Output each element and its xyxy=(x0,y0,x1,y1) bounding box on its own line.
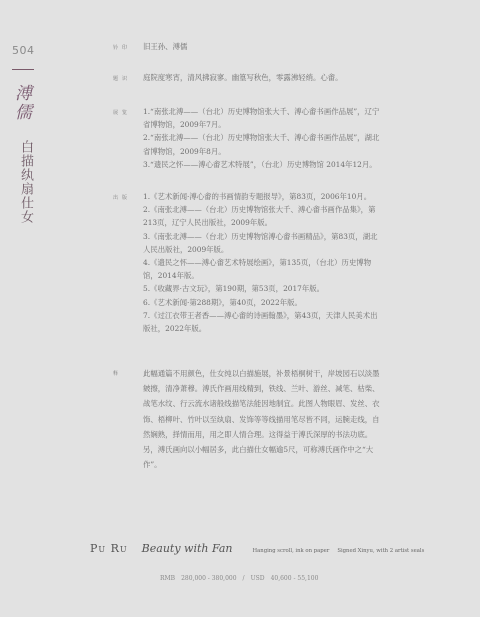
page-number: 504 xyxy=(12,44,35,57)
exhibition-item: 3.“遗民之怀——溥心畬艺术特展”，（台北）历史博物馆 2014年12月。 xyxy=(143,158,383,171)
rmb-label: RMB xyxy=(160,575,175,582)
exhibition-item: 1.“南张北溥——（台北）历史博物馆张大千、溥心畬书画作品展”，辽宁省博物馆，2… xyxy=(143,105,383,131)
publication-item: 7.《过江衣带王者香——溥心畬的诗画翰墨》，第43页，天津人民美术出版社，202… xyxy=(143,309,383,335)
publication-item: 5.《收藏界·古文玩》，第190期，第53页，2017年版。 xyxy=(143,282,383,295)
publication-item: 2.《南张北溥——（台北）历史博物馆张大千、溥心畬书画作品集》，第213页，辽宁… xyxy=(143,203,383,229)
seals-section: 钤印 旧王孙、溥儒 xyxy=(113,40,383,57)
publications-list: 1.《艺术新闻·溥心畬的书画情韵专题报导》，第83页，2006年10月。 2.《… xyxy=(143,190,383,335)
vertical-title: 白描纨扇仕女 xyxy=(17,140,33,224)
artist-name: Pu Ru xyxy=(90,542,128,555)
publication-item: 3.《南张北溥——（台北）历史博物馆溥心畬书画精品》，第83页，湖北人民出版社，… xyxy=(143,230,383,256)
exhibitions-list: 1.“南张北溥——（台北）历史博物馆张大千、溥心畬书画作品展”，辽宁省博物馆，2… xyxy=(143,105,383,171)
inscription-text: 庭院度寒宵，清风拂寂寥。幽篁写秋色，零露沸轻绡。心畬。 xyxy=(143,71,383,88)
publication-item: 1.《艺术新闻·溥心畬的书画情韵专题报导》，第83页，2006年10月。 xyxy=(143,190,383,203)
signature-description: Signed Xinyu, with 2 artist seals xyxy=(337,548,424,554)
divider xyxy=(12,69,34,70)
lot-title: Pu Ru Beauty with Fan Hanging scroll, in… xyxy=(90,542,424,555)
rmb-range: 280,000 - 380,000 xyxy=(181,575,236,582)
note-text: 此幅通篇不用颜色，仕女纯以白描施展，补景梧桐树干，岸坡园石以淡墨皴擦，清净萧穆。… xyxy=(143,366,383,472)
seals-text: 旧王孙、溥儒 xyxy=(143,40,383,57)
usd-label: USD xyxy=(251,575,265,582)
inscription-section: 题识 庭院度寒宵，清风拂寂寥。幽篁写秋色，零露沸轻绡。心畬。 xyxy=(113,71,383,88)
publications-section: 出版 1.《艺术新闻·溥心畬的书画情韵专题报导》，第83页，2006年10月。 … xyxy=(113,190,383,335)
exhibitions-section: 展览 1.“南张北溥——（台北）历史博物馆张大千、溥心畬书画作品展”，辽宁省博物… xyxy=(113,105,383,171)
publications-label: 出版 xyxy=(113,190,143,335)
medium: Hanging scroll, ink on paper xyxy=(253,548,330,554)
estimate: RMB 280,000 - 380,000 / USD 40,600 - 55,… xyxy=(160,575,318,582)
seals-label: 钤印 xyxy=(113,40,143,57)
inscription-label: 题识 xyxy=(113,71,143,88)
sidebar: 504 溥儒 白描纨扇仕女 xyxy=(0,0,60,617)
publication-item: 4.《遗民之怀——溥心畬艺术特展绘画》，第135页，（台北）历史博物馆，2014… xyxy=(143,256,383,282)
publication-item: 6.《艺术新闻·第288期》，第40页，2022年版。 xyxy=(143,296,383,309)
note-label: 释 xyxy=(113,366,143,472)
note-section: 释 此幅通篇不用颜色，仕女纯以白描施展，补景梧桐树干，岸坡园石以淡墨皴擦，清净萧… xyxy=(113,366,383,472)
estimate-separator: / xyxy=(243,575,245,582)
exhibition-item: 2.“南张北溥——（台北）历史博物馆张大千、溥心畬书画作品展”，湖北省博物馆，2… xyxy=(143,131,383,157)
catalog-entry: 钤印 旧王孙、溥儒 题识 庭院度寒宵，清风拂寂寥。幽篁写秋色，零露沸轻绡。心畬。… xyxy=(113,40,383,485)
artist-signature: 溥儒 xyxy=(14,84,34,122)
usd-range: 40,600 - 55,100 xyxy=(271,575,319,582)
exhibitions-label: 展览 xyxy=(113,105,143,171)
work-title: Beauty with Fan xyxy=(142,542,233,555)
